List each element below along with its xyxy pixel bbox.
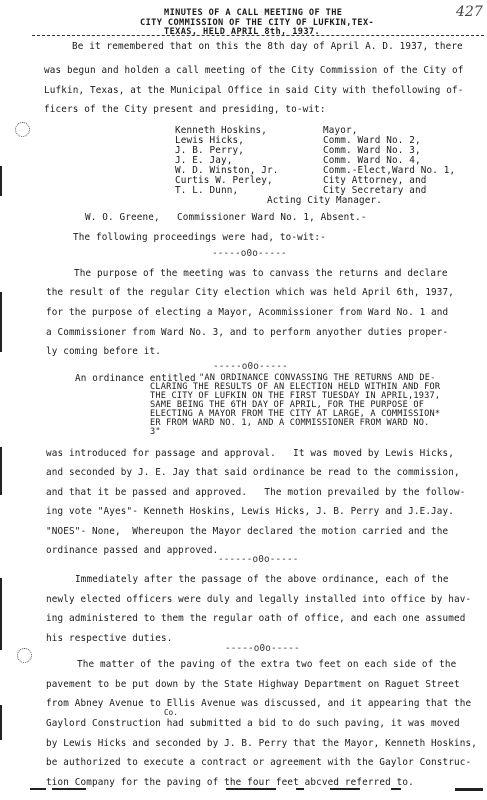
ordinance-body-line-2: and seconded by J. E. Jay that said ordi… xyxy=(46,467,460,478)
paving-line-2: pavement to be put down by the State Hig… xyxy=(46,679,460,690)
purpose-line-1: The purpose of the meeting was to canvas… xyxy=(74,268,448,279)
ordinance-body-line-4: ing vote "Ayes"- Kenneth Hoskins, Lewis … xyxy=(46,506,454,517)
paving-line-1: The matter of the paving of the extra tw… xyxy=(77,659,456,670)
installation-line-4: his respective duties. xyxy=(46,633,172,644)
purpose-line-4: a Commissioner from Ward No. 3, and to p… xyxy=(46,327,448,338)
handwritten-insert: Co. xyxy=(164,707,178,718)
separator: -----o0o----- xyxy=(212,248,287,259)
separator: -----o0o----- xyxy=(213,361,288,372)
installation-line-2: newly elected officers were duly and leg… xyxy=(46,594,471,605)
margin-mark xyxy=(0,292,2,352)
attendee-role-continued: Acting City Manager. xyxy=(267,195,382,206)
absent-note: W. O. Greene, Commissioner Ward No. 1, A… xyxy=(85,212,367,223)
ordinance-body-line-5: "NOES"- None, Whereupon the Mayor declar… xyxy=(46,526,448,537)
ordinance-title-line: 3" xyxy=(150,427,161,438)
margin-mark xyxy=(0,447,2,495)
separator: -----o0o----- xyxy=(225,643,300,654)
document-page: 427 MINUTES OF A CALL MEETING OF THE CIT… xyxy=(0,0,487,800)
intro-line-2: was begun and holden a call meeting of t… xyxy=(44,65,464,76)
intro-line-4: ficers of the City present and presiding… xyxy=(44,104,326,115)
paving-line-6: be authorized to execute a contract or a… xyxy=(46,757,471,768)
punch-hole-icon xyxy=(15,122,30,137)
ordinance-body-line-1: was introduced for passage and approval.… xyxy=(46,448,454,459)
intro-line-3: Lufkin, Texas, at the Municipal Office i… xyxy=(44,85,464,96)
installation-line-3: ing administered to them the regular oat… xyxy=(46,613,466,624)
proceedings-intro: The following proceedings were had, to-w… xyxy=(73,232,326,243)
purpose-line-5: ly coming before it. xyxy=(46,346,161,357)
bottom-edge-artifacts xyxy=(0,786,487,792)
purpose-line-2: the result of the regular City election … xyxy=(46,287,454,298)
margin-mark xyxy=(0,578,2,650)
ordinance-title-line: ER FROM WARD NO. 1, AND A COMMISSIONER F… xyxy=(150,418,429,429)
paving-line-4: Gaylord Construction had submitted a bid… xyxy=(46,718,460,729)
paving-line-5: by Lewis Hicks and seconded by J. B. Per… xyxy=(46,738,477,749)
purpose-line-3: for the purpose of electing a Mayor, Aco… xyxy=(46,307,448,318)
page-number: 427 xyxy=(456,4,483,20)
margin-mark xyxy=(0,705,2,740)
paving-line-3: from Abney Avenue to Ellis Avenue was di… xyxy=(46,698,471,709)
separator: ------o0o----- xyxy=(218,554,298,565)
margin-mark xyxy=(0,166,2,196)
installation-line-1: Immediately after the passage of the abo… xyxy=(75,574,449,585)
intro-line-1: Be it remembered that on this the 8th da… xyxy=(72,41,463,52)
header-divider xyxy=(32,35,484,36)
punch-hole-icon xyxy=(17,648,32,663)
ordinance-body-line-3: and that it be passed and approved. The … xyxy=(46,487,466,498)
header-line-3: TEXAS, HELD APRIL 8th, 1937. xyxy=(164,27,320,38)
ordinance-body-line-6: ordinance passed and approved. xyxy=(46,545,218,556)
attendee-name: T. L. Dunn, xyxy=(175,185,238,196)
